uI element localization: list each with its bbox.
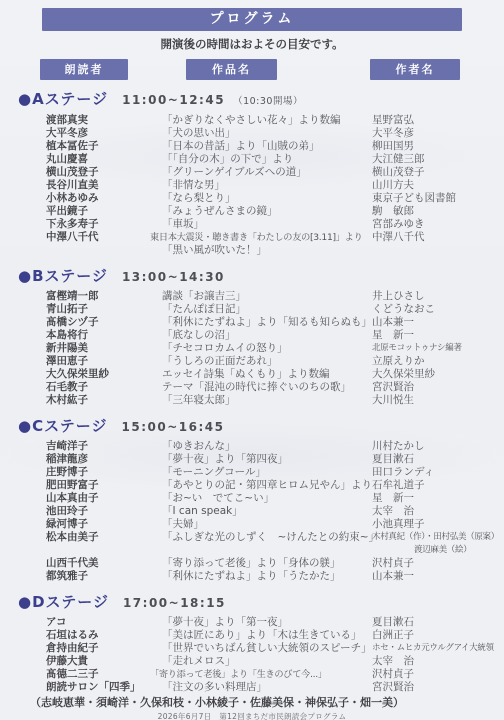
author-name-line: 宮沢賢治 xyxy=(372,381,504,394)
author-name: 立原えりか xyxy=(372,355,504,368)
author-name-line: 山川方夫 xyxy=(372,179,504,192)
work-title: 「非情な男」 xyxy=(162,179,372,192)
reader-name: 倉持由紀子 xyxy=(46,642,162,655)
program-row: 新井陽美「チセコロカムイの怒り」北原モコットゥナシ編著 xyxy=(0,342,504,355)
work-title: 「たんぽぽ日記」 xyxy=(162,303,372,316)
reader-name: 松本由美子 xyxy=(46,531,162,557)
work-title: 「利休にたずねよ」より「うたかた」 xyxy=(162,570,372,583)
author-name-line: 山本兼一 xyxy=(372,316,504,329)
author-name-line: 石牟礼道子 xyxy=(372,479,504,492)
reader-name: アコ xyxy=(46,616,162,629)
author-name: 中澤八千代 xyxy=(372,231,504,257)
author-name-line: 白洲正子 xyxy=(372,629,504,642)
author-name-line: 太宰 治 xyxy=(372,655,504,668)
author-name: 柳田国男 xyxy=(372,140,504,153)
work-title: 東日本大震災・聴き書き「わたしの友の[3.11]」より「黒い風が吹いた！」 xyxy=(162,231,372,257)
program-row: 石毛教子テーマ「混沌の時代に捧ぐいのちの歌」宮沢賢治 xyxy=(0,381,504,394)
author-name: 横山茂登子 xyxy=(372,166,504,179)
author-name: 星 新一 xyxy=(372,329,504,342)
program-row: 大久保栄里紗エッセイ詩集「ぬくもり」より数編大久保栄里紗 xyxy=(0,368,504,381)
salon-members: （志岐恵華・須崎洋・久保和枝・小林綾子・佐藤美保・神保弘子・畑一美） xyxy=(0,696,504,710)
author-name-line: 北原モコットゥナシ編著 xyxy=(372,342,504,355)
work-title-line: 「利休にたずねよ」より「うたかた」 xyxy=(162,570,372,583)
program-row: 横山茂登子「グリーンゲイブルズへの道」横山茂登子 xyxy=(0,166,504,179)
work-title: 「みょうぜんさまの鏡」 xyxy=(162,205,372,218)
program-row: 髙橋シヅ子「利休にたずねよ」より「知るも知らぬも」山本兼一 xyxy=(0,316,504,329)
author-name: 宮沢賢治 xyxy=(372,381,504,394)
work-title-line: テーマ「混沌の時代に捧ぐいのちの歌」 xyxy=(162,381,372,394)
work-title-line: 「なら梨とり」 xyxy=(162,192,372,205)
work-title-line: 「I can speak」 xyxy=(162,505,372,518)
author-name-line: 立原えりか xyxy=(372,355,504,368)
work-title-line: 「グリーンゲイブルズへの道」 xyxy=(162,166,372,179)
reader-name: 池田玲子 xyxy=(46,505,162,518)
work-title-line: 「世界でいちばん貧しい大統領のスピーチ」 xyxy=(162,642,372,655)
column-headers: 朗読者 作品名 作者名 xyxy=(0,59,504,80)
work-title-line: 「寄り添って老後」より「身体の躾」 xyxy=(162,557,372,570)
author-name: 星 新一 xyxy=(372,492,504,505)
reader-name: 朗読サロン「四季」 xyxy=(46,681,162,694)
reader-name: 吉崎洋子 xyxy=(46,440,162,453)
work-title: エッセイ詩集「ぬくもり」より数編 xyxy=(162,368,372,381)
reader-name: 石垣はるみ xyxy=(46,629,162,642)
program-row: 都筑雅子「利休にたずねよ」より「うたかた」山本兼一 xyxy=(0,570,504,583)
program-row: 大平冬彦「犬の思い出」大平冬彦 xyxy=(0,127,504,140)
author-name-line: 横山茂登子 xyxy=(372,166,504,179)
reader-name: 大平冬彦 xyxy=(46,127,162,140)
work-title-line: 「寄り添って老後」より「生きのびて今...」 xyxy=(150,668,372,681)
work-title: 「グリーンゲイブルズへの道」 xyxy=(162,166,372,179)
author-name: 山本兼一 xyxy=(372,570,504,583)
footer-caption: 2026年6月7日 第12回まちだ市民朗読会プログラム xyxy=(0,712,504,720)
page-title: プログラム xyxy=(42,8,462,31)
work-title-line: 「夫婦」 xyxy=(162,518,372,531)
author-name-line: 田口ランディ xyxy=(372,466,504,479)
reader-name: 山西千代美 xyxy=(46,557,162,570)
reader-name: 長谷川直美 xyxy=(46,179,162,192)
reader-name: 石毛教子 xyxy=(46,381,162,394)
author-name: 小池真理子 xyxy=(372,518,504,531)
author-name-line: 大江健三郎 xyxy=(372,153,504,166)
author-name-line: 大久保栄里紗 xyxy=(372,368,504,381)
author-name: 沢村貞子 xyxy=(372,557,504,570)
author-name: 大江健三郎 xyxy=(372,153,504,166)
work-title-line: 「ゆきおんな」 xyxy=(162,440,372,453)
author-name-line: 星 新一 xyxy=(372,492,504,505)
work-title: 「うしろの正面だあれ」 xyxy=(162,355,372,368)
work-title: 「世界でいちばん貧しい大統領のスピーチ」 xyxy=(162,642,372,655)
work-title-line: 「お~い でてこ~い」 xyxy=(162,492,372,505)
program-row: 丸山慶喜「「自分の木」の下で」より大江健三郎 xyxy=(0,153,504,166)
author-name: 駒 敏郎 xyxy=(372,205,504,218)
program-row: 山西千代美「寄り添って老後」より「身体の躾」沢村貞子 xyxy=(0,557,504,570)
timing-note: 開演後の時間はおよその目安です。 xyxy=(0,37,504,51)
stage-name: ●Aステージ xyxy=(18,90,108,108)
reader-name: 横山茂登子 xyxy=(46,166,162,179)
stage-list: ●Aステージ11:00~12:45（10:30開場）渡部真実「かぎりなくやさしい… xyxy=(0,89,504,710)
work-title-line: 「モーニングコール」 xyxy=(162,466,372,479)
reader-name: 髙德二三子 xyxy=(46,668,162,681)
work-title-line: 「走れメロス」 xyxy=(162,655,372,668)
author-name-line: 柳田国男 xyxy=(372,140,504,153)
work-title: 「ふしぎな光のしずく ~けんたとの約束~」 xyxy=(162,531,372,557)
program-page: プログラム 開演後の時間はおよその目安です。 朗読者 作品名 作者名 ●Aステー… xyxy=(0,0,504,720)
work-title-line: 「底なしの沼」 xyxy=(162,329,372,342)
author-name: 東京子ども図書館 xyxy=(372,192,504,205)
program-row: 植本冨佐子「日本の昔話」より「山賊の弟」柳田国男 xyxy=(0,140,504,153)
author-name-line: 中澤八千代 xyxy=(372,231,504,244)
reader-name: 新井陽美 xyxy=(46,342,162,355)
program-row: 吉崎洋子「ゆきおんな」川村たかし xyxy=(0,440,504,453)
reader-name: 木村紘子 xyxy=(46,394,162,407)
work-title-line: 「三年寝太郎」 xyxy=(162,394,372,407)
author-name-line: 大川悦生 xyxy=(372,394,504,407)
author-name-line: 夏目漱石 xyxy=(372,453,504,466)
work-title: 「日本の昔話」より「山賊の弟」 xyxy=(162,140,372,153)
work-title: 「夢十夜」より「第四夜」 xyxy=(162,453,372,466)
work-title: テーマ「混沌の時代に捧ぐいのちの歌」 xyxy=(162,381,372,394)
stage-doors-open-note: （10:30開場） xyxy=(233,96,303,107)
author-name: 石牟礼道子 xyxy=(372,479,504,492)
program-row: 緑河博子「夫婦」小池真理子 xyxy=(0,518,504,531)
work-title-line: 「利休にたずねよ」より「知るも知らぬも」 xyxy=(162,316,372,329)
program-row: 石垣はるみ「美は匠にあり」より「木は生きている」白洲正子 xyxy=(0,629,504,642)
stage-header: ●Bステージ13:00~14:30 xyxy=(0,266,504,287)
work-title-line: 「日本の昔話」より「山賊の弟」 xyxy=(162,140,372,153)
author-name: 白洲正子 xyxy=(372,629,504,642)
work-title-line: 講談「お譲吉三」 xyxy=(162,290,372,303)
reader-name: 庄野博子 xyxy=(46,466,162,479)
author-name-line: 山本兼一 xyxy=(372,570,504,583)
work-title-line: 「注文の多い料理店」 xyxy=(162,681,372,694)
work-title: 「走れメロス」 xyxy=(162,655,372,668)
author-name-line: 駒 敏郎 xyxy=(372,205,504,218)
author-name-line: 井上ひさし xyxy=(372,290,504,303)
author-name: 井上ひさし xyxy=(372,290,504,303)
author-name-line: くどうなおこ xyxy=(372,303,504,316)
stage-time: 15:00~16:45 xyxy=(122,420,225,434)
reader-name: 中澤八千代 xyxy=(46,231,162,257)
author-name: 北原モコットゥナシ編著 xyxy=(372,342,504,355)
work-title: 「ゆきおんな」 xyxy=(162,440,372,453)
author-name-line: 星 新一 xyxy=(372,329,504,342)
work-title-line: 「犬の思い出」 xyxy=(162,127,372,140)
work-title-line-2: 「黒い風が吹いた！」 xyxy=(162,244,372,257)
reader-name: 丸山慶喜 xyxy=(46,153,162,166)
author-name: 川村たかし xyxy=(372,440,504,453)
work-title-line: エッセイ詩集「ぬくもり」より数編 xyxy=(162,368,372,381)
work-title-line: 東日本大震災・聴き書き「わたしの友の[3.11]」より xyxy=(150,231,372,244)
reader-name: 都筑雅子 xyxy=(46,570,162,583)
program-row: 小林あゆみ「なら梨とり」東京子ども図書館 xyxy=(0,192,504,205)
reader-name: 大久保栄里紗 xyxy=(46,368,162,381)
reader-name: 下永多寿子 xyxy=(46,218,162,231)
work-title-line: 「車坂」 xyxy=(162,218,372,231)
work-title-line: 「かぎりなくやさしい花々」より数編 xyxy=(162,114,372,127)
program-row: 長谷川直美「非情な男」山川方夫 xyxy=(0,179,504,192)
work-title-line: 「「自分の木」の下で」より xyxy=(162,153,372,166)
author-name: 宮部みゆき xyxy=(372,218,504,231)
author-name-line: 夏目漱石 xyxy=(372,616,504,629)
work-title: 「犬の思い出」 xyxy=(162,127,372,140)
program-row: 中澤八千代東日本大震災・聴き書き「わたしの友の[3.11]」より「黒い風が吹いた… xyxy=(0,231,504,257)
reader-name: 渡部真実 xyxy=(46,114,162,127)
reader-name: 植本冨佐子 xyxy=(46,140,162,153)
stage-section: ●Cステージ15:00~16:45吉崎洋子「ゆきおんな」川村たかし稲津龍彦「夢十… xyxy=(0,416,504,583)
author-name-line: 太宰 治 xyxy=(372,505,504,518)
author-name: 大川悦生 xyxy=(372,394,504,407)
work-title: 「利休にたずねよ」より「知るも知らぬも」 xyxy=(162,316,372,329)
author-name: 山本兼一 xyxy=(372,316,504,329)
author-name-line: 大平冬彦 xyxy=(372,127,504,140)
stage-header: ●Aステージ11:00~12:45（10:30開場） xyxy=(0,89,504,111)
work-title: 「夫婦」 xyxy=(162,518,372,531)
author-name-line: 星野富弘 xyxy=(372,114,504,127)
stage-section: ●Aステージ11:00~12:45（10:30開場）渡部真実「かぎりなくやさしい… xyxy=(0,89,504,257)
reader-name: 山本真由子 xyxy=(46,492,162,505)
program-row: 庄野博子「モーニングコール」田口ランディ xyxy=(0,466,504,479)
program-row: 倉持由紀子「世界でいちばん貧しい大統領のスピーチ」ホセ・ムヒカ元ウルグアイ大統領 xyxy=(0,642,504,655)
work-title: 「寄り添って老後」より「身体の躾」 xyxy=(162,557,372,570)
author-name: 山川方夫 xyxy=(372,179,504,192)
author-name: 宮沢賢治 xyxy=(372,681,504,694)
program-row: アコ「夢十夜」より「第一夜」夏目漱石 xyxy=(0,616,504,629)
stage-time: 17:00~18:15 xyxy=(123,596,226,610)
program-row: 渡部真実「かぎりなくやさしい花々」より数編星野富弘 xyxy=(0,114,504,127)
stage-header: ●Dステージ17:00~18:15 xyxy=(0,592,504,613)
stage-time: 13:00~14:30 xyxy=(122,270,225,284)
work-title-line: 「みょうぜんさまの鏡」 xyxy=(162,205,372,218)
reader-name: 肥田野富子 xyxy=(46,479,162,492)
reader-name: 富樫靖一郎 xyxy=(46,290,162,303)
stage-name: ●Dステージ xyxy=(18,593,109,611)
work-title: 講談「お譲吉三」 xyxy=(162,290,372,303)
work-title-line: 「夢十夜」より「第一夜」 xyxy=(162,616,372,629)
author-name-line-2: 渡辺麻美（絵） xyxy=(372,544,504,557)
author-name-line: 沢村貞子 xyxy=(372,668,504,681)
author-name-line: 宮部みゆき xyxy=(372,218,504,231)
work-title: 「三年寝太郎」 xyxy=(162,394,372,407)
column-header-work: 作品名 xyxy=(186,59,277,80)
work-title-line: 「非情な男」 xyxy=(162,179,372,192)
program-row: 朗読サロン「四季」「注文の多い料理店」宮沢賢治 xyxy=(0,681,504,694)
stage-section: ●Bステージ13:00~14:30富樫靖一郎講談「お譲吉三」井上ひさし青山拓子「… xyxy=(0,266,504,407)
author-name: 夏目漱石 xyxy=(372,453,504,466)
work-title-line: 「うしろの正面だあれ」 xyxy=(162,355,372,368)
work-title-line: 「ふしぎな光のしずく ~けんたとの約束~」 xyxy=(162,531,372,544)
author-name-line: 沢村貞子 xyxy=(372,557,504,570)
reader-name: 平出鏡子 xyxy=(46,205,162,218)
author-name: 夏目漱石 xyxy=(372,616,504,629)
work-title: 「車坂」 xyxy=(162,218,372,231)
column-header-author: 作者名 xyxy=(370,59,460,80)
work-title-line: 「たんぽぽ日記」 xyxy=(162,303,372,316)
program-row: 山本真由子「お~い でてこ~い」星 新一 xyxy=(0,492,504,505)
work-title: 「なら梨とり」 xyxy=(162,192,372,205)
program-row: 肥田野富子「あやとりの記・第四章ヒロム兄やん」より石牟礼道子 xyxy=(0,479,504,492)
reader-name: 青山拓子 xyxy=(46,303,162,316)
author-name-line: 木村真紀（作）・田村弘美（原案） xyxy=(372,531,504,544)
reader-name: 緑河博子 xyxy=(46,518,162,531)
work-title: 「お~い でてこ~い」 xyxy=(162,492,372,505)
work-title: 「底なしの沼」 xyxy=(162,329,372,342)
author-name: 大久保栄里紗 xyxy=(372,368,504,381)
stage-section: ●Dステージ17:00~18:15アコ「夢十夜」より「第一夜」夏目漱石石垣はるみ… xyxy=(0,592,504,710)
work-title: 「かぎりなくやさしい花々」より数編 xyxy=(162,114,372,127)
column-header-reader: 朗読者 xyxy=(40,59,128,80)
program-row: 平出鏡子「みょうぜんさまの鏡」駒 敏郎 xyxy=(0,205,504,218)
program-row: 松本由美子「ふしぎな光のしずく ~けんたとの約束~」木村真紀（作）・田村弘美（原… xyxy=(0,531,504,557)
reader-name: 髙橋シヅ子 xyxy=(46,316,162,329)
stage-name: ●Bステージ xyxy=(18,267,108,285)
author-name: 太宰 治 xyxy=(372,655,504,668)
author-name-line: 川村たかし xyxy=(372,440,504,453)
author-name: 太宰 治 xyxy=(372,505,504,518)
work-title-line: 「チセコロカムイの怒り」 xyxy=(162,342,372,355)
program-row: 池田玲子「I can speak」太宰 治 xyxy=(0,505,504,518)
author-name-line: 東京子ども図書館 xyxy=(372,192,504,205)
stage-name: ●Cステージ xyxy=(18,417,108,435)
program-row: 澤田恵子「うしろの正面だあれ」立原えりか xyxy=(0,355,504,368)
reader-name: 伊藤大貴 xyxy=(46,655,162,668)
work-title: 「美は匠にあり」より「木は生きている」 xyxy=(162,629,372,642)
reader-name: 小林あゆみ xyxy=(46,192,162,205)
work-title-line: 「あやとりの記・第四章ヒロム兄やん」より xyxy=(162,479,372,492)
author-name: 木村真紀（作）・田村弘美（原案）渡辺麻美（絵） xyxy=(372,531,504,557)
author-name: 星野富弘 xyxy=(372,114,504,127)
program-row: 木村紘子「三年寝太郎」大川悦生 xyxy=(0,394,504,407)
work-title: 「夢十夜」より「第一夜」 xyxy=(162,616,372,629)
author-name-line: 宮沢賢治 xyxy=(372,681,504,694)
work-title: 「モーニングコール」 xyxy=(162,466,372,479)
program-row: 稲津龍彦「夢十夜」より「第四夜」夏目漱石 xyxy=(0,453,504,466)
work-title-line: 「美は匠にあり」より「木は生きている」 xyxy=(162,629,372,642)
author-name-line: 小池真理子 xyxy=(372,518,504,531)
work-title: 「チセコロカムイの怒り」 xyxy=(162,342,372,355)
author-name: くどうなおこ xyxy=(372,303,504,316)
author-name: ホセ・ムヒカ元ウルグアイ大統領 xyxy=(372,642,504,655)
author-name: 大平冬彦 xyxy=(372,127,504,140)
program-row: 髙德二三子「寄り添って老後」より「生きのびて今...」沢村貞子 xyxy=(0,668,504,681)
program-row: 下永多寿子「車坂」宮部みゆき xyxy=(0,218,504,231)
work-title: 「注文の多い料理店」 xyxy=(162,681,372,694)
work-title: 「寄り添って老後」より「生きのびて今...」 xyxy=(162,668,372,681)
author-name: 田口ランディ xyxy=(372,466,504,479)
work-title: 「I can speak」 xyxy=(162,505,372,518)
work-title: 「あやとりの記・第四章ヒロム兄やん」より xyxy=(162,479,372,492)
reader-name: 澤田恵子 xyxy=(46,355,162,368)
program-row: 本島将行「底なしの沼」星 新一 xyxy=(0,329,504,342)
work-title: 「「自分の木」の下で」より xyxy=(162,153,372,166)
stage-time: 11:00~12:45 xyxy=(122,93,225,107)
reader-name: 稲津龍彦 xyxy=(46,453,162,466)
program-row: 伊藤大貴「走れメロス」太宰 治 xyxy=(0,655,504,668)
author-name-line: ホセ・ムヒカ元ウルグアイ大統領 xyxy=(372,642,504,655)
program-row: 富樫靖一郎講談「お譲吉三」井上ひさし xyxy=(0,290,504,303)
work-title-line: 「夢十夜」より「第四夜」 xyxy=(162,453,372,466)
reader-name: 本島将行 xyxy=(46,329,162,342)
author-name: 沢村貞子 xyxy=(372,668,504,681)
stage-header: ●Cステージ15:00~16:45 xyxy=(0,416,504,437)
program-row: 青山拓子「たんぽぽ日記」くどうなおこ xyxy=(0,303,504,316)
